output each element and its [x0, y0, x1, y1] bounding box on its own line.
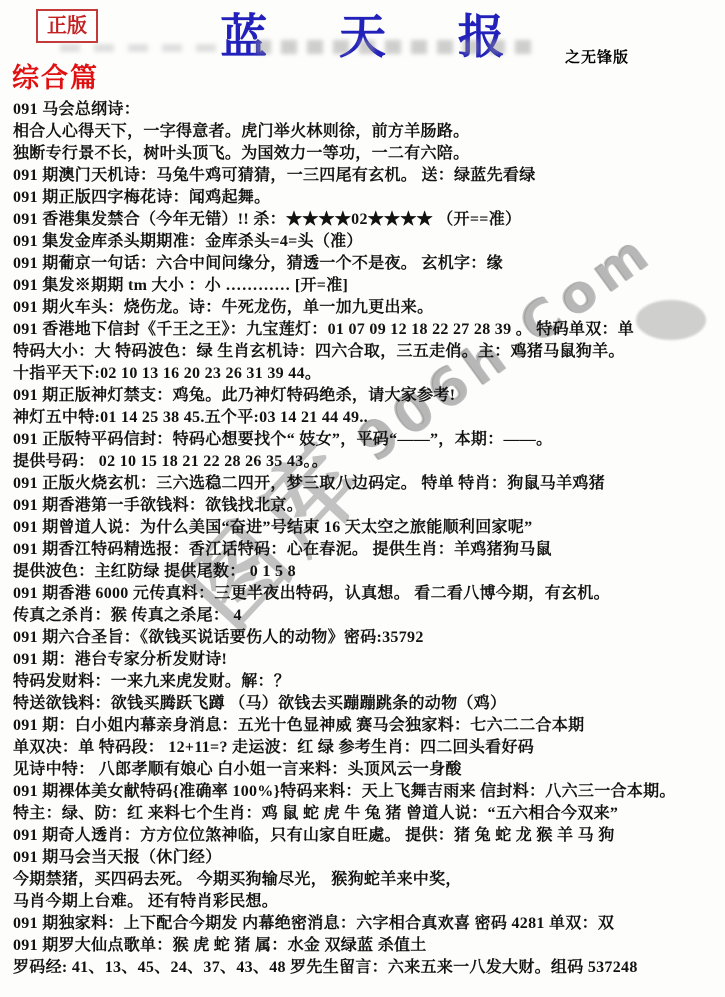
- report-line: 091 期葡京一句话：六合中间问缘分，猜透一个不是夜。 玄机字：缘: [13, 253, 723, 275]
- report-line: 091 期正版神灯禁支：鸡兔。此乃神灯特码绝杀，请大家参考!: [13, 385, 723, 407]
- report-line: 见诗中特： 八郎孝顺有娘心 白小姐一言来料：头顶风云一身酸: [13, 759, 723, 781]
- report-line: 提供号码： 02 10 15 18 21 22 28 26 35 43。。: [13, 451, 723, 473]
- report-line: 091 期澳门天机诗：马兔牛鸡可猜猜，一三四尾有玄机。 送：绿蓝先看绿: [13, 165, 723, 187]
- report-line: 091 期香江特码精选报：香江话特码：心在春泥。 提供生肖：羊鸡猪狗马鼠: [13, 539, 723, 561]
- ghost-print-smudge-left: [60, 44, 230, 52]
- section-title: 综合篇: [12, 56, 99, 95]
- report-line: 091 集发金库杀头期期准：金库杀头=4=头（准）: [13, 231, 723, 253]
- report-line: 单双决：单 特码段： 12+11=? 走运波：红 绿 参考生肖：四二回头看好码: [13, 737, 723, 759]
- report-line: 提供波色：主红防绿 提供尾数： 0 1 5 8: [13, 561, 723, 583]
- report-line: 091 期香港第一手欲钱料：欲钱找北京。: [13, 495, 723, 517]
- report-line: 091 正版火烧玄机：三六选稳二四开，梦三取八边码定。 特单 特肖：狗鼠马羊鸡猪: [13, 473, 723, 495]
- report-line: 特码大小：大 特码波色：绿 生肖玄机诗：四六合取，三五走俏。主：鸡猪马鼠狗羊。: [13, 341, 723, 363]
- report-line: 091 马会总纲诗：: [13, 99, 723, 121]
- report-line: 091 期火车头：烧伤龙。诗：牛死龙伤，单一加九更出来。: [13, 297, 723, 319]
- report-line: 相合人心得天下，一字得意者。虎门举火林则徐，前方羊肠路。: [13, 121, 723, 143]
- report-line: 传真之杀肖：猴 传真之杀尾： 4: [13, 605, 723, 627]
- report-line: 神灯五中特:01 14 25 38 45.五个平:03 14 21 44 49.…: [13, 407, 723, 429]
- report-line: 091 期曾道人说：为什么美国“奋进”号结束 16 天太空之旅能顺利回家呢”: [13, 517, 723, 539]
- report-line: 091 期香港 6000 元传真料：三更半夜出特码，认真想。 看二看八博今期，有…: [13, 583, 723, 605]
- report-line: 今期禁猪，买四码去死。 今期买狗输尽光， 猴狗蛇羊来中奖，: [13, 869, 723, 891]
- report-line: 特送欲钱料：欲钱买腾跃飞蹲 （马）欲钱去买蹦蹦跳条的动物（鸡）: [13, 693, 723, 715]
- report-line: 091 期奇人透肖：方方位位煞神临，只有山家自旺處。 提供：猪 兔 蛇 龙 猴 …: [13, 825, 723, 847]
- report-line: 马肖今期上台难。 还有特肖彩民想。: [13, 891, 723, 913]
- report-line: 091 香港地下信封《千王之王》：九宝莲灯：01 07 09 12 18 22 …: [13, 319, 723, 341]
- report-line: 罗码经: 41、13、45、24、37、43、48 罗先生留言：六来五来一八发大…: [13, 957, 723, 979]
- report-line: 091 期裸体美女献特码{准确率 100%}特码来料：天上飞舞吉雨来 信封料：八…: [13, 781, 723, 803]
- report-line: 特主：绿、防：红 来料七个生肖：鸡 鼠 蛇 虎 牛 兔 猪 曾道人说：“五六相合…: [13, 803, 723, 825]
- ghost-print-smudge: [255, 40, 535, 54]
- report-line: 091 正版特平码信封：特码心想要找个“ 妓女”，平码“——”，本期：——。: [13, 429, 723, 451]
- report-line: 091 期马会当天报（休门经）: [13, 847, 723, 869]
- body-lines: 091 马会总纲诗：相合人心得天下，一字得意者。虎门举火林则徐，前方羊肠路。独断…: [13, 99, 723, 997]
- report-line: 独断专行景不长，树叶头顶飞。为国效力一等功，一二有六陪。: [13, 143, 723, 165]
- report-line: 091 期：白小姐内幕亲身消息：五光十色显神威 赛马会独家料：七六二二合本期: [13, 715, 723, 737]
- edition-label: 之无锋版: [565, 46, 629, 67]
- scanned-lottery-report-page: { "header": { "badge": "正版", "title": "蓝…: [0, 0, 725, 997]
- report-line: 091 期独家料：上下配合今期发 内幕绝密消息：六字相合真欢喜 密码 4281 …: [13, 913, 723, 935]
- report-line: 091 期：港台专家分析发财诗!: [13, 649, 723, 671]
- report-line: 091 期六合圣旨：《欲钱买说话要伤人的动物》密码:35792: [13, 627, 723, 649]
- report-line: 特码发财料：一来九来虎发财。解：？: [13, 671, 723, 693]
- report-line: 十指平天下:02 10 13 16 20 23 26 31 39 44。: [13, 363, 723, 385]
- report-line: 091 香港集发禁合（今年无错）!! 杀：★★★★02★★★★ （开==准）: [13, 209, 723, 231]
- report-line: 091 集发※期期 tm 大小 ：小 ………… [开=准]: [13, 275, 723, 297]
- report-line: 091 期正版四字梅花诗：闻鸡起舞。: [13, 187, 723, 209]
- report-line: 091 期罗大仙点歌单：猴 虎 蛇 猪 属：水金 双绿蓝 杀值土: [13, 935, 723, 957]
